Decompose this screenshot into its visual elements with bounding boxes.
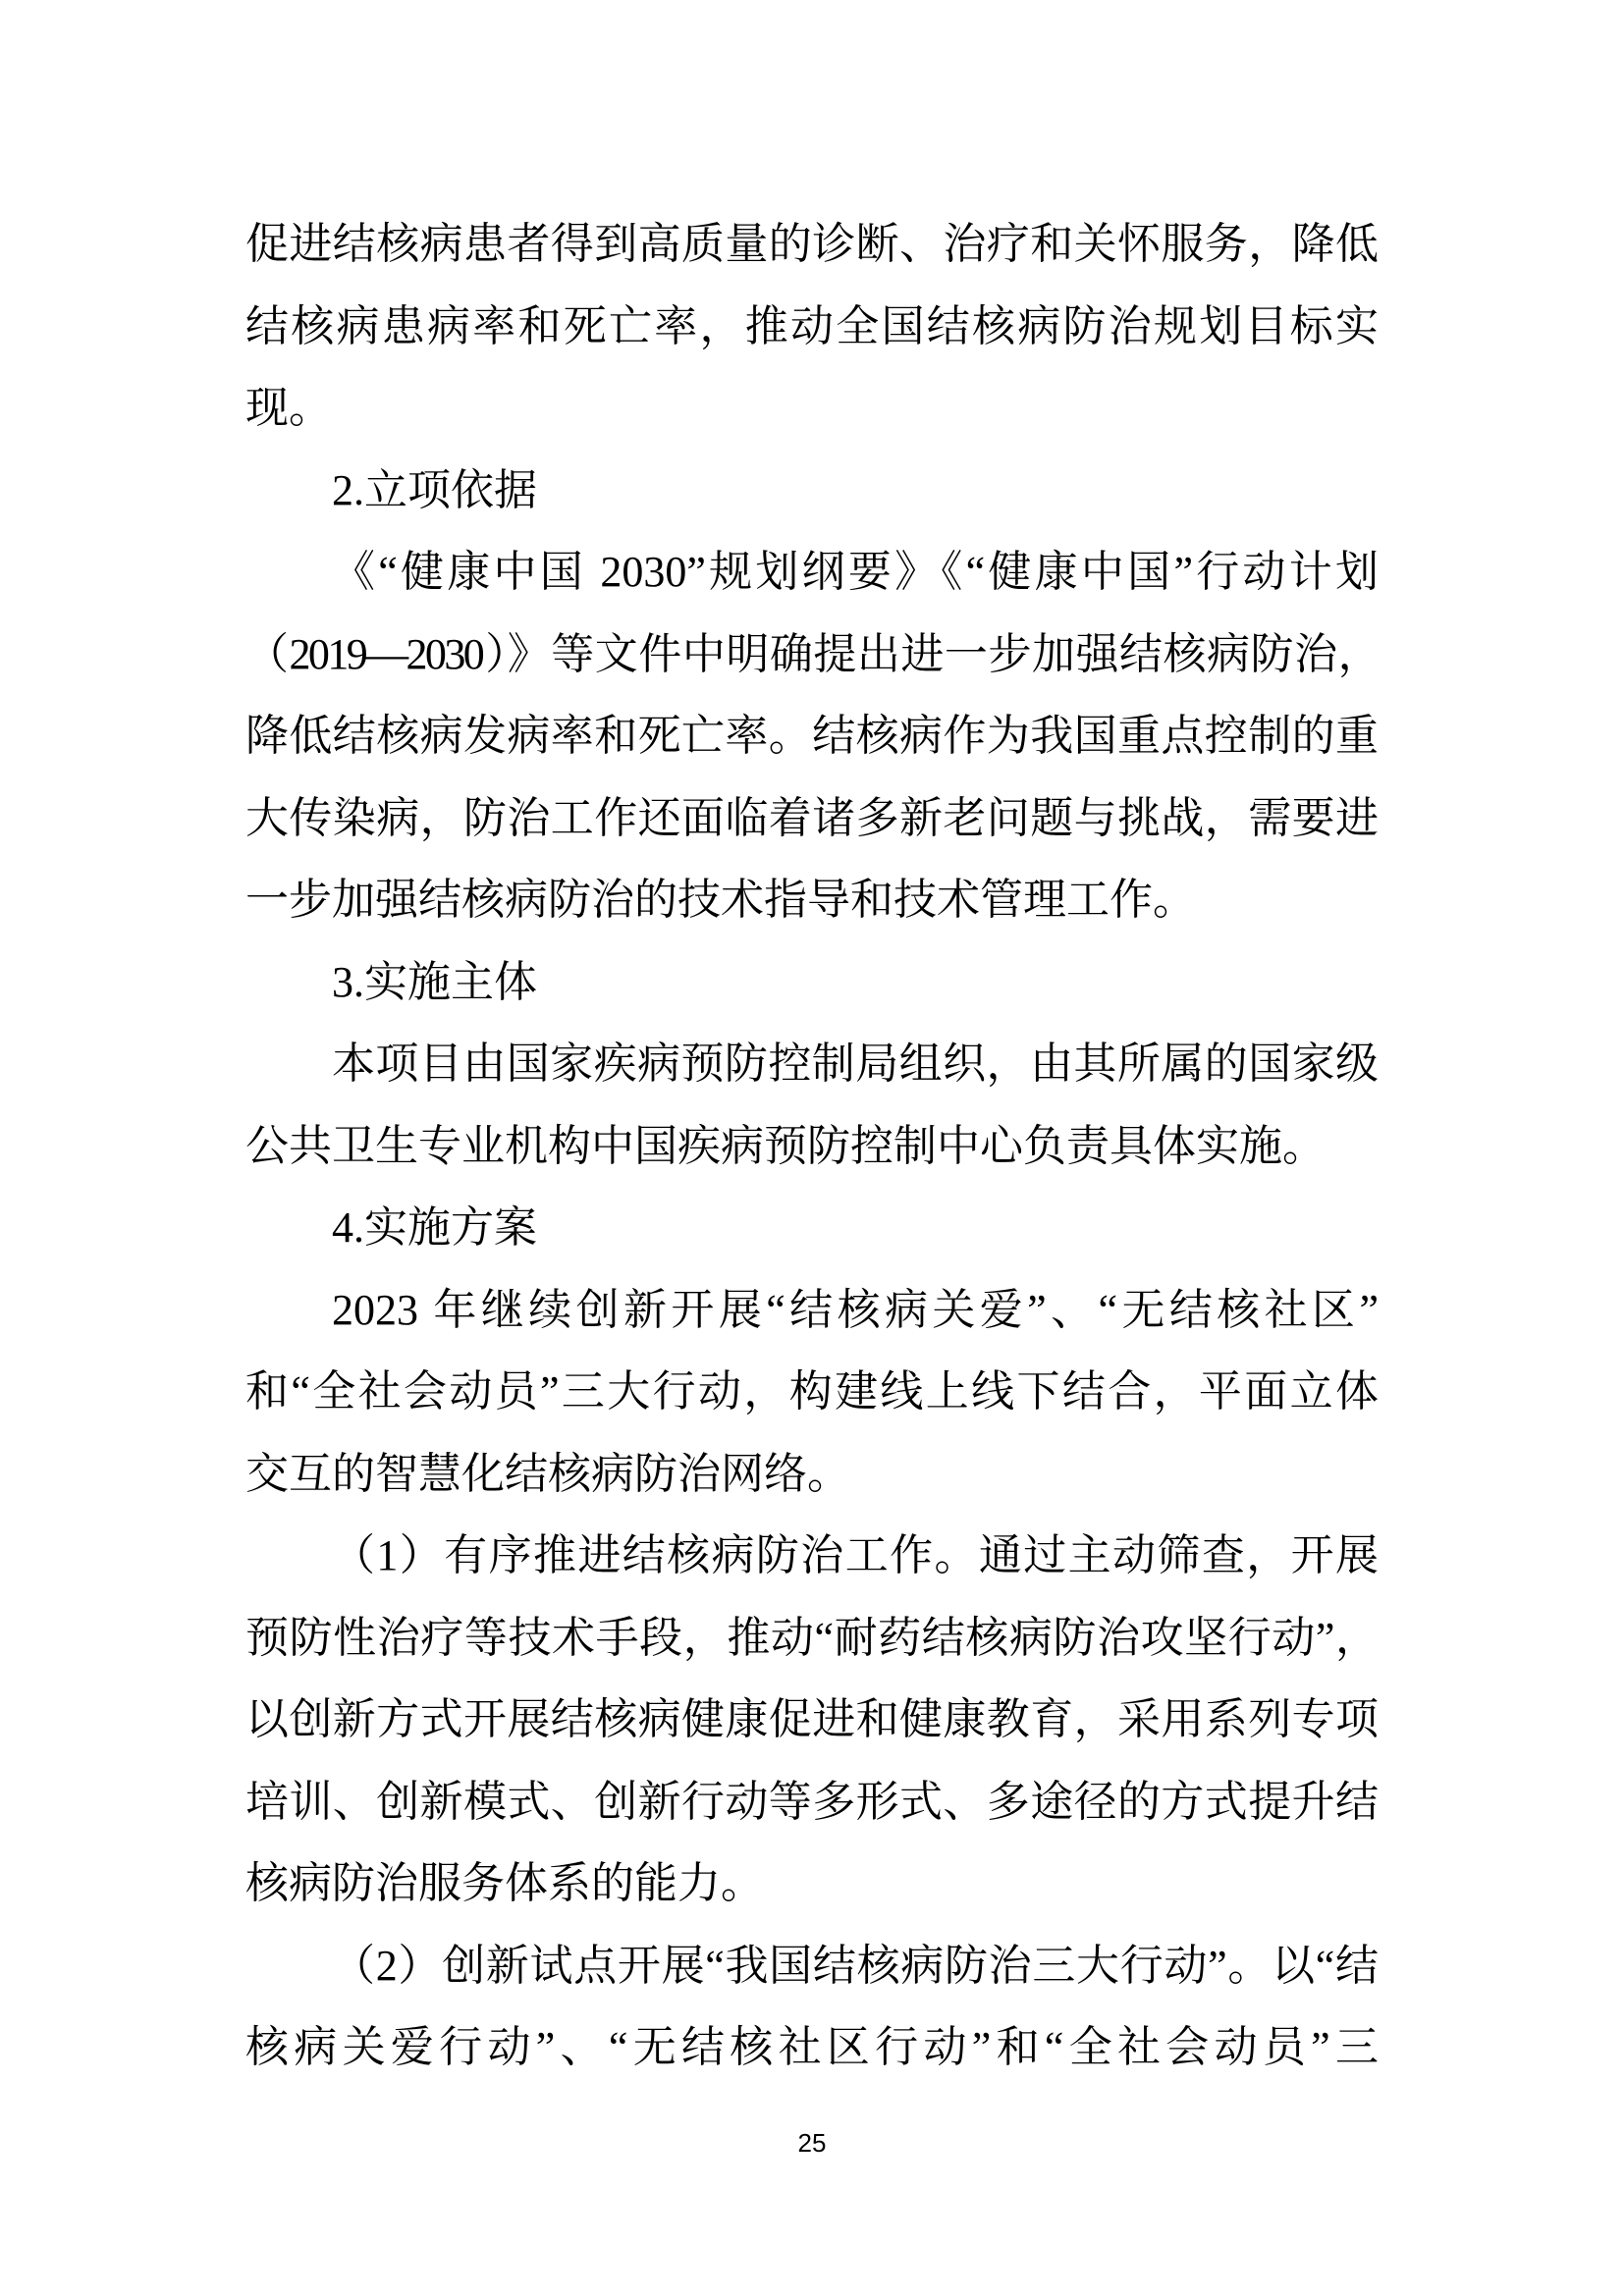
text-line: 2.立项依据	[245, 450, 1379, 532]
text-line: 交互的智慧化结核病防治网络。	[245, 1433, 1379, 1516]
text-line: 结核病患病率和死亡率，推动全国结核病防治规划目标实	[245, 286, 1379, 368]
document-page: 促进结核病患者得到高质量的诊断、治疗和关怀服务，降低结核病患病率和死亡率，推动全…	[0, 0, 1624, 2296]
text-line: 公共卫生专业机构中国疾病预防控制中心负责具体实施。	[245, 1105, 1379, 1188]
text-line: 预防性治疗等技术手段，推动“耐药结核病防治攻坚行动”，	[245, 1597, 1379, 1680]
text-line: 一步加强结核病防治的技术指导和技术管理工作。	[245, 859, 1379, 941]
text-line: 本项目由国家疾病预防控制局组织，由其所属的国家级	[245, 1023, 1379, 1105]
text-line: 现。	[245, 367, 1379, 450]
text-block: 促进结核病患者得到高质量的诊断、治疗和关怀服务，降低结核病患病率和死亡率，推动全…	[245, 203, 1379, 2089]
text-line: 降低结核病发病率和死亡率。结核病作为我国重点控制的重	[245, 695, 1379, 777]
text-line: （1）有序推进结核病防治工作。通过主动筛查，开展	[245, 1515, 1379, 1597]
text-line: 3.实施主体	[245, 941, 1379, 1024]
text-line: 促进结核病患者得到高质量的诊断、治疗和关怀服务，降低	[245, 203, 1379, 286]
page-number: 25	[0, 2128, 1624, 2159]
text-line: 培训、创新模式、创新行动等多形式、多途径的方式提升结	[245, 1761, 1379, 1843]
text-line: 2023 年继续创新开展“结核病关爱”、“无结核社区”	[245, 1269, 1379, 1352]
text-line: 核病防治服务体系的能力。	[245, 1842, 1379, 1925]
text-line: 以创新方式开展结核病健康促进和健康教育，采用系列专项	[245, 1679, 1379, 1761]
text-line: （2019—2030）》等文件中明确提出进一步加强结核病防治，	[245, 614, 1379, 696]
text-line: 核病关爱行动”、“无结核社区行动”和“全社会动员”三	[245, 2006, 1379, 2089]
text-line: （2）创新试点开展“我国结核病防治三大行动”。以“结	[245, 1925, 1379, 2007]
text-line: 大传染病，防治工作还面临着诸多新老问题与挑战，需要进	[245, 777, 1379, 860]
text-line: 4.实施方案	[245, 1187, 1379, 1269]
text-line: 和“全社会动员”三大行动，构建线上线下结合，平面立体	[245, 1351, 1379, 1433]
text-line: 《“健康中国 2030”规划纲要》《“健康中国”行动计划	[245, 531, 1379, 614]
